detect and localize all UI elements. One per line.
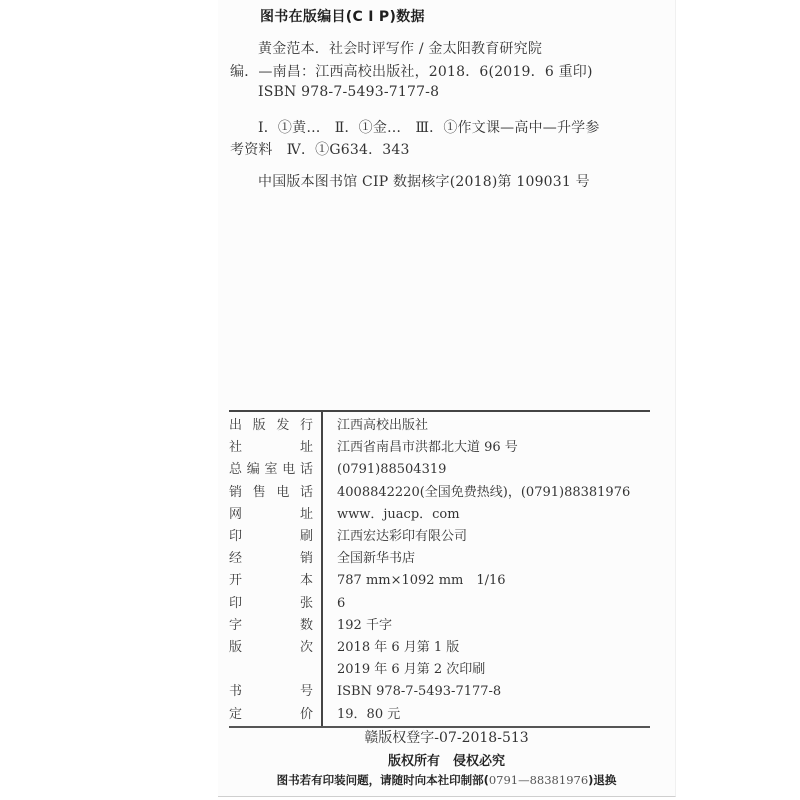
row-label-char: 销 [229,482,242,504]
row-label-char: 编 [247,459,260,481]
row-label-char: 电 [276,482,289,504]
return-notice-prefix: 图书若有印装问题，请随时向本社印制部( [277,773,489,787]
cip-classification-2: 考资料 Ⅳ．①G634．343 [230,139,410,159]
table-row: 书号ISBN 978-7-5493-7177-8 [229,681,650,703]
copyright-registration: 赣版权登字-07-2018-513 [218,727,675,747]
row-label-char: 数 [300,615,313,637]
row-label-char: 次 [300,637,313,659]
row-label-char: 网 [229,504,242,526]
row-label-char: 话 [300,482,313,504]
row-label: 书号 [229,681,313,703]
row-label: 出版发行 [229,415,313,437]
row-value: 江西省南昌市洪都北大道 96 号 [337,437,518,459]
row-value: 4008842220(全国免费热线)，(0791)88381976 [337,482,630,504]
row-value: (0791)88504319 [337,459,446,481]
row-label-char: 版 [253,415,266,437]
row-label: 定价 [229,704,313,726]
row-value: 192 千字 [337,615,392,637]
row-value: 江西宏达彩印有限公司 [337,526,467,548]
cip-isbn: ISBN 978-7-5493-7177-8 [258,84,439,100]
table-row: 印张6 [229,593,650,615]
row-label-char: 行 [300,415,313,437]
rights-reserved: 版权所有 侵权必究 [218,750,675,769]
row-label-char: 社 [229,437,242,459]
table-row: 定价19．80 元 [229,704,650,726]
table-row: 总编室电话(0791)88504319 [229,459,650,481]
cip-title: 图书在版编目(C I P)数据 [260,6,425,26]
row-value: 19．80 元 [337,704,400,726]
row-label-char: 刷 [300,526,313,548]
row-label-char: 版 [229,637,242,659]
row-label-char: 出 [229,415,242,437]
row-value: 全国新华书店 [337,548,415,570]
row-value: 787 mm×1092 mm 1/16 [337,570,506,592]
row-label-char: 书 [229,681,242,703]
cip-line-2: 编．—南昌：江西高校出版社，2018．6(2019．6 重印) [230,61,593,81]
row-label-char: 发 [276,415,289,437]
row-label: 版次 [229,637,313,659]
row-label-char: 室 [264,459,277,481]
table-row: 印刷江西宏达彩印有限公司 [229,526,650,548]
row-label-char: 字 [229,615,242,637]
table-row: 社址江西省南昌市洪都北大道 96 号 [229,437,650,459]
row-label: 销售电话 [229,482,313,504]
row-label-char: 价 [300,704,313,726]
row-label: 社址 [229,437,313,459]
row-label-char: 址 [300,504,313,526]
row-label: 印张 [229,593,313,615]
return-notice-phone: 0791—88381976 [489,773,588,787]
row-label-char: 电 [282,459,295,481]
row-value: ISBN 978-7-5493-7177-8 [337,681,501,703]
cip-line-1: 黄金范本．社会时评写作 / 金太阳教育研究院 [258,38,542,58]
cip-classification-1: Ⅰ．①黄… Ⅱ．①金… Ⅲ．①作文课—高中—升学参 [258,117,600,137]
row-value: 6 [337,593,345,615]
colophon-table: 出版发行江西高校出版社社址江西省南昌市洪都北大道 96 号总编室电话(0791)… [229,410,650,728]
return-notice-suffix: )退换 [588,773,616,787]
row-label-char: 售 [253,482,266,504]
row-label: 经销 [229,548,313,570]
return-notice: 图书若有印装问题，请随时向本社印制部(0791—88381976)退换 [218,772,675,788]
row-label-char: 销 [300,548,313,570]
row-label-char: 张 [300,593,313,615]
row-label-char: 总 [229,459,242,481]
cip-record-number: 中国版本图书馆 CIP 数据核字(2018)第 109031 号 [258,171,590,191]
table-row: 2019 年 6 月第 2 次印刷 [229,659,650,681]
table-row: 出版发行江西高校出版社 [229,415,650,437]
table-row: 开本787 mm×1092 mm 1/16 [229,570,650,592]
row-label-char: 开 [229,570,242,592]
row-label-char: 印 [229,526,242,548]
row-label: 字数 [229,615,313,637]
row-label-char: 本 [300,570,313,592]
table-row: 网址www．juacp．com [229,504,650,526]
row-label-char: 话 [300,459,313,481]
table-row: 销售电话4008842220(全国免费热线)，(0791)88381976 [229,482,650,504]
row-value: 2018 年 6 月第 1 版 [337,637,459,659]
row-label-char: 址 [300,437,313,459]
row-value: 2019 年 6 月第 2 次印刷 [337,659,485,681]
table-row: 经销全国新华书店 [229,548,650,570]
table-row: 字数192 千字 [229,615,650,637]
row-value: 江西高校出版社 [337,415,428,437]
row-label-char: 经 [229,548,242,570]
row-label: 开本 [229,570,313,592]
row-label-char: 印 [229,593,242,615]
table-row: 版次2018 年 6 月第 1 版 [229,637,650,659]
row-label: 网址 [229,504,313,526]
row-label-char: 号 [300,681,313,703]
row-label-char: 定 [229,704,242,726]
row-label: 印刷 [229,526,313,548]
row-label: 总编室电话 [229,459,313,481]
row-value: www．juacp．com [337,504,460,526]
